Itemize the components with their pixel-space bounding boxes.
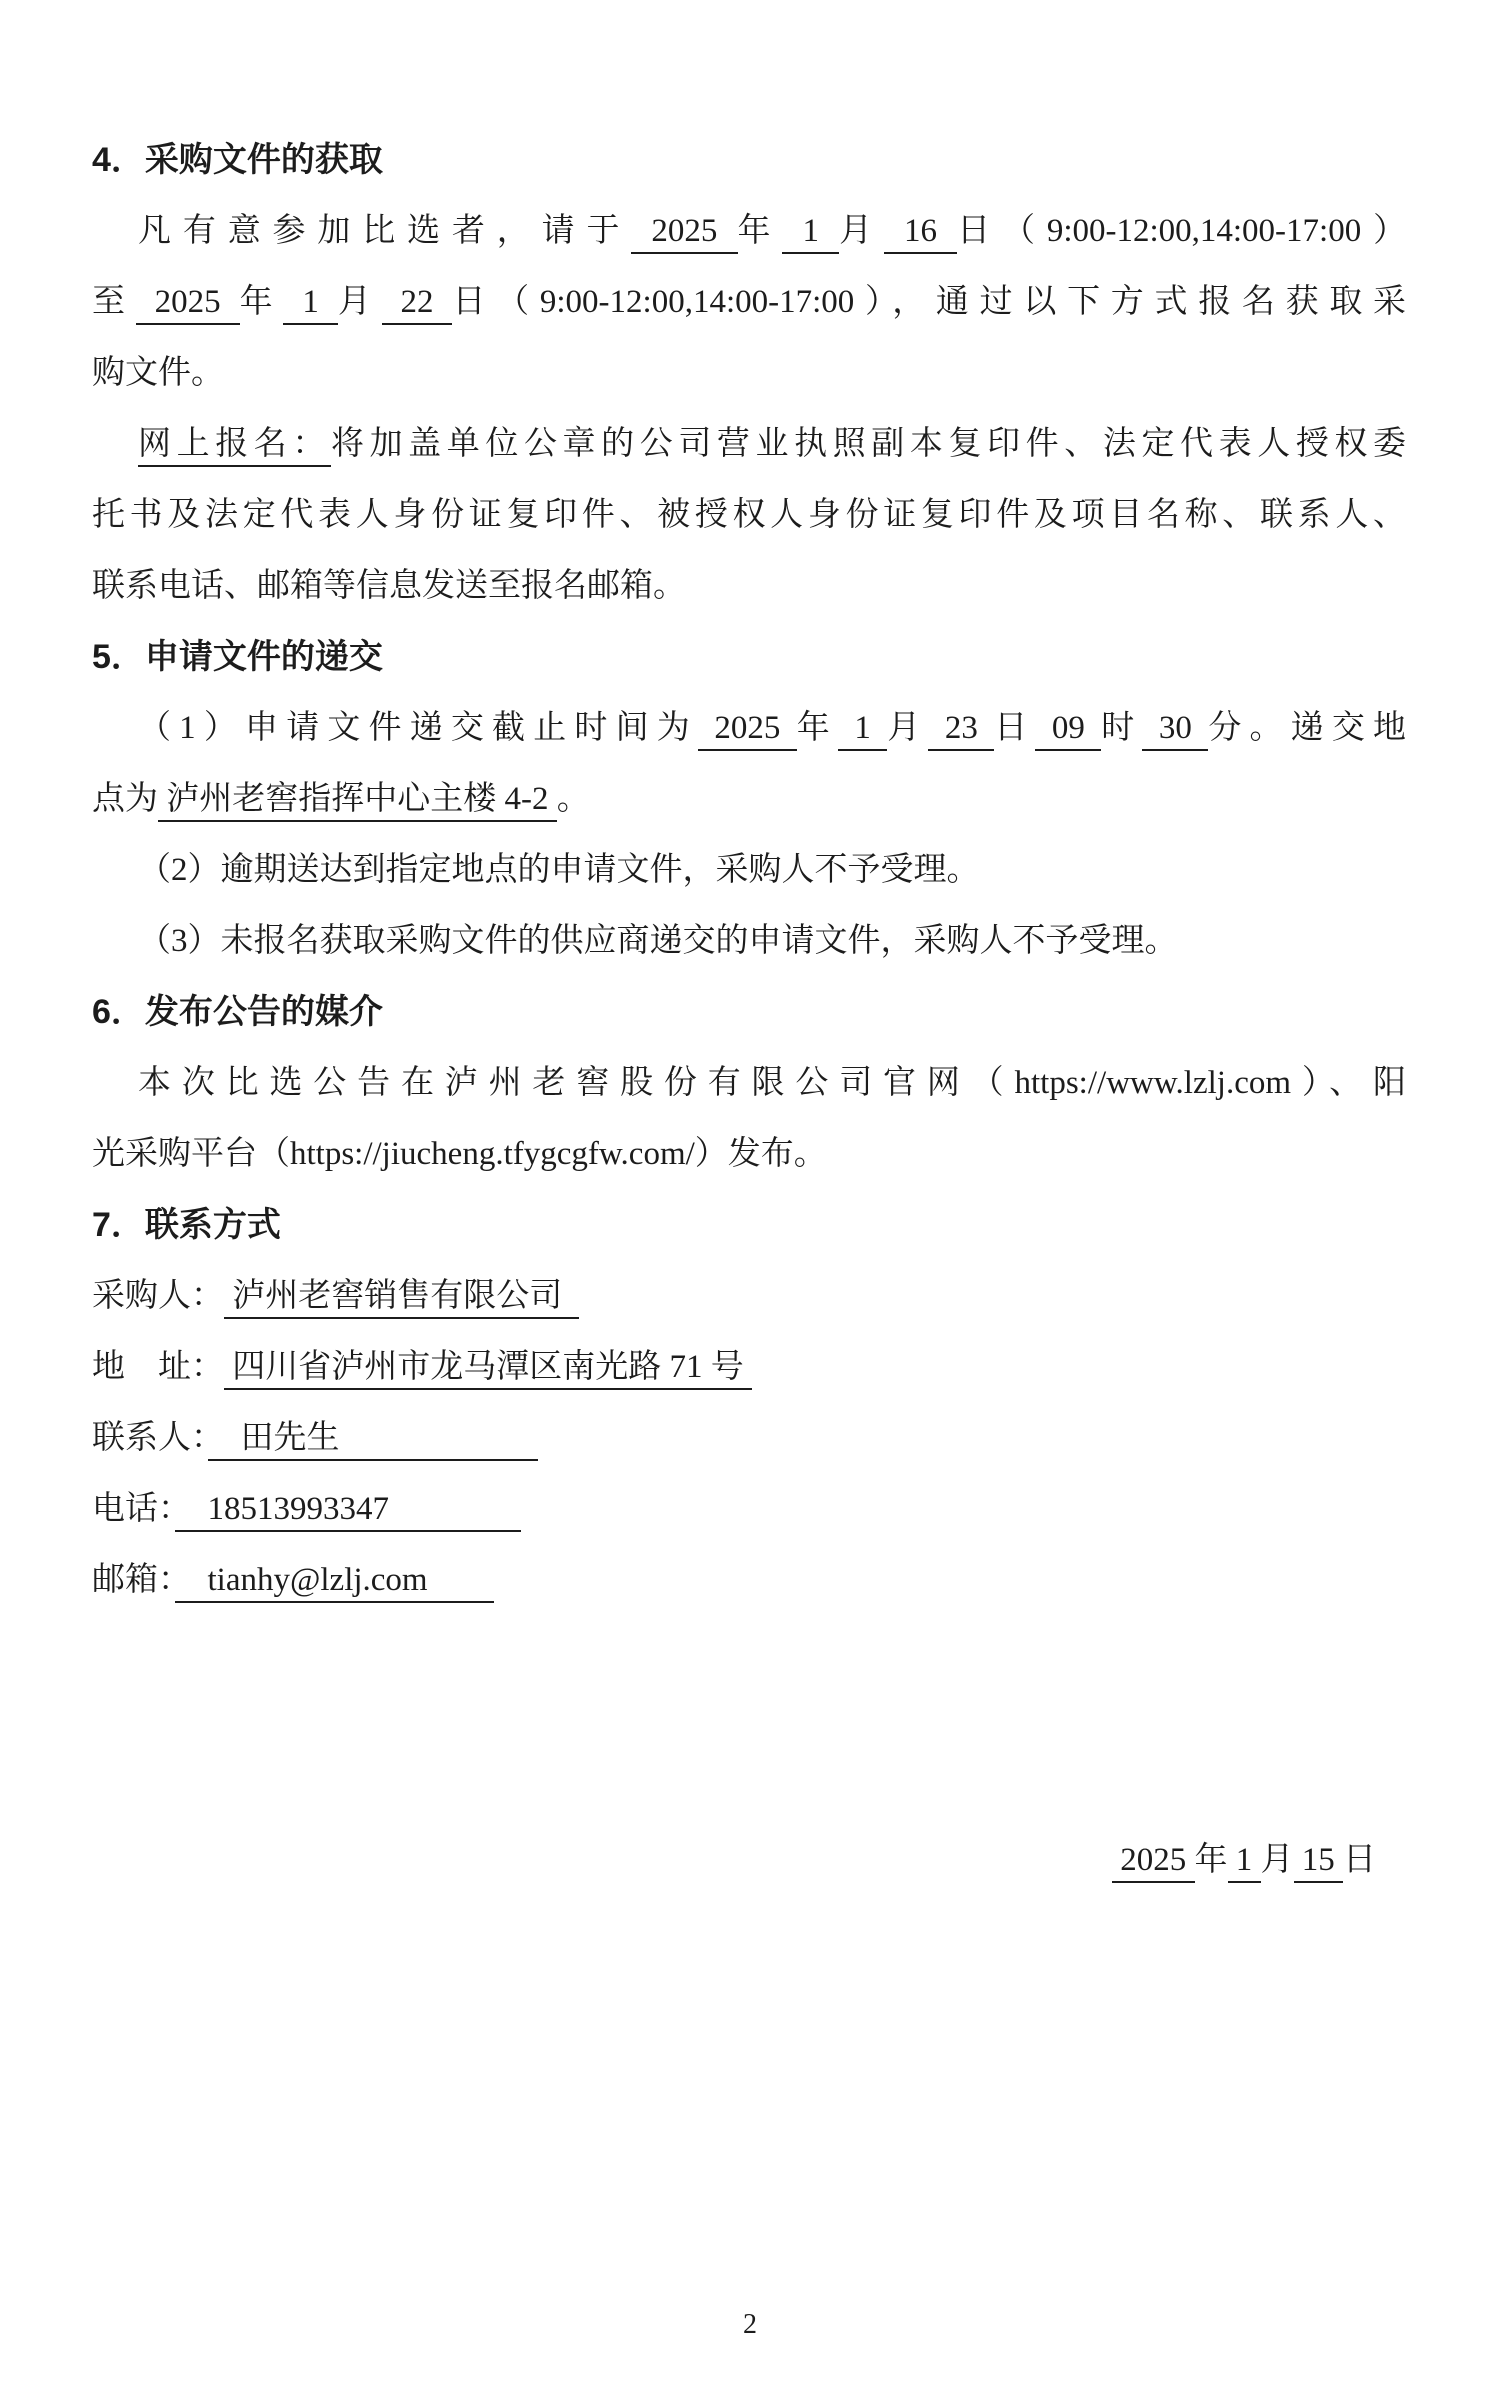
text-run: 光采购平台（https://jiucheng.tfygcgfw.com/）发布。 bbox=[92, 1136, 827, 1172]
para-late-delivery: （2）逾期送达到指定地点的申请文件，采购人不予受理。 bbox=[92, 835, 1406, 906]
document-body: 4．采购文件的获取凡有意参加比选者，请于 2025 年 1 月 16 日（9:0… bbox=[0, 0, 1500, 1896]
text-run: 年 bbox=[240, 284, 284, 320]
text-run: 采购人： bbox=[92, 1278, 224, 1314]
underlined-text: 15 bbox=[1294, 1842, 1344, 1883]
underlined-text: 30 bbox=[1142, 710, 1208, 751]
text-run: 年 bbox=[1195, 1842, 1228, 1878]
text-run: 电话： bbox=[92, 1491, 175, 1527]
text-run: 月 bbox=[839, 213, 884, 249]
text-run: 点为 bbox=[92, 781, 158, 817]
underlined-text: 泸州老窖指挥中心主楼 4-2 bbox=[158, 781, 557, 822]
text-run: （3）未报名获取采购文件的供应商递交的申请文件，采购人不予受理。 bbox=[138, 923, 1178, 959]
para-deadline-line-1: （1）申请文件递交截止时间为 2025 年 1 月 23 日 09 时 30 分… bbox=[92, 693, 1406, 764]
text-run: 购文件。 bbox=[92, 355, 224, 391]
text-run: 6．发布公告的媒介 bbox=[92, 993, 383, 1031]
underlined-text: 1 bbox=[283, 284, 337, 325]
section-5-heading: 5．申请文件的递交 bbox=[92, 622, 1406, 693]
text-run: （2）逾期送达到指定地点的申请文件，采购人不予受理。 bbox=[138, 852, 980, 888]
text-run: 托书及法定代表人身份证复印件、被授权人身份证复印件及项目名称、联系人、 bbox=[92, 497, 1406, 533]
contact-address: 地 址： 四川省泸州市龙马潭区南光路 71 号 bbox=[92, 1332, 1406, 1403]
para-media-line-1: 本次比选公告在泸州老窖股份有限公司官网（https://www.lzlj.com… bbox=[92, 1048, 1406, 1119]
text-run: 5．申请文件的递交 bbox=[92, 638, 383, 676]
para-deadline-line-2: 点为 泸州老窖指挥中心主楼 4-2 。 bbox=[92, 764, 1406, 835]
section-7-heading: 7．联系方式 bbox=[92, 1190, 1406, 1261]
text-run: 4．采购文件的获取 bbox=[92, 141, 383, 179]
document-page: 4．采购文件的获取凡有意参加比选者，请于 2025 年 1 月 16 日（9:0… bbox=[0, 0, 1500, 2389]
para-obtain-line-3: 购文件。 bbox=[92, 338, 1406, 409]
page-number: 2 bbox=[0, 2309, 1500, 2341]
underlined-text: 泸州老窖销售有限公司 bbox=[224, 1278, 579, 1319]
section-4-heading: 4．采购文件的获取 bbox=[92, 125, 1406, 196]
text-run: 日 bbox=[994, 710, 1035, 746]
text-run: 联系电话、邮箱等信息发送至报名邮箱。 bbox=[92, 568, 686, 604]
text-run: （1）申请文件递交截止时间为 bbox=[138, 710, 698, 746]
text-run: 至 bbox=[92, 284, 136, 320]
section-6-heading: 6．发布公告的媒介 bbox=[92, 977, 1406, 1048]
para-media-line-2: 光采购平台（https://jiucheng.tfygcgfw.com/）发布。 bbox=[92, 1119, 1406, 1190]
underlined-text: 2025 bbox=[1112, 1842, 1195, 1883]
underlined-text: 23 bbox=[928, 710, 994, 751]
para-unregistered: （3）未报名获取采购文件的供应商递交的申请文件，采购人不予受理。 bbox=[92, 906, 1406, 977]
text-run: 年 bbox=[797, 710, 838, 746]
underlined-text: 09 bbox=[1035, 710, 1101, 751]
date-line: 2025 年 1 月 15 日 bbox=[92, 1825, 1406, 1896]
underlined-text: 1 bbox=[1228, 1842, 1261, 1883]
underlined-text: 2025 bbox=[698, 710, 797, 751]
para-signup-line-1: 网上报名：将加盖单位公章的公司营业执照副本复印件、法定代表人授权委 bbox=[92, 409, 1406, 480]
text-run: 将加盖单位公章的公司营业执照副本复印件、法定代表人授权委 bbox=[331, 426, 1406, 462]
underlined-text: 网上报名： bbox=[138, 426, 331, 467]
text-run: 地 址： bbox=[92, 1349, 224, 1385]
contact-phone: 电话： 18513993347 bbox=[92, 1474, 1406, 1545]
underlined-text: 16 bbox=[884, 213, 957, 254]
underlined-text: 四川省泸州市龙马潭区南光路 71 号 bbox=[224, 1349, 752, 1390]
contact-email: 邮箱： tianhy@lzlj.com bbox=[92, 1545, 1406, 1616]
underlined-text: 1 bbox=[782, 213, 839, 254]
underlined-text: 18513993347 bbox=[175, 1491, 522, 1532]
text-run: 7．联系方式 bbox=[92, 1206, 281, 1244]
para-signup-line-3: 联系电话、邮箱等信息发送至报名邮箱。 bbox=[92, 551, 1406, 622]
text-run: 。 bbox=[557, 781, 590, 817]
underlined-text: 2025 bbox=[136, 284, 240, 325]
text-run: 月 bbox=[338, 284, 382, 320]
spacer bbox=[92, 1616, 1406, 1825]
text-run: 联系人： bbox=[92, 1420, 208, 1456]
text-run: 本次比选公告在泸州老窖股份有限公司官网（https://www.lzlj.com… bbox=[138, 1065, 1406, 1101]
text-run: 日（9:00-12:00,14:00-17:00） bbox=[957, 213, 1406, 249]
text-run: 邮箱： bbox=[92, 1562, 175, 1598]
underlined-text: 1 bbox=[838, 710, 887, 751]
text-run: 分。递交地 bbox=[1208, 710, 1406, 746]
text-run: 日（9:00-12:00,14:00-17:00），通过以下方式报名获取采 bbox=[452, 284, 1406, 320]
para-obtain-line-2: 至 2025 年 1 月 22 日（9:00-12:00,14:00-17:00… bbox=[92, 267, 1406, 338]
underlined-text: 田先生 bbox=[208, 1420, 538, 1461]
text-run: 时 bbox=[1101, 710, 1142, 746]
contact-person: 联系人： 田先生 bbox=[92, 1403, 1406, 1474]
text-run: 月 bbox=[1261, 1842, 1294, 1878]
para-signup-line-2: 托书及法定代表人身份证复印件、被授权人身份证复印件及项目名称、联系人、 bbox=[92, 480, 1406, 551]
underlined-text: tianhy@lzlj.com bbox=[175, 1562, 494, 1603]
contact-purchaser: 采购人： 泸州老窖销售有限公司 bbox=[92, 1261, 1406, 1332]
text-run: 日 bbox=[1343, 1842, 1376, 1878]
text-run: 凡有意参加比选者，请于 bbox=[138, 213, 631, 249]
text-run: 月 bbox=[887, 710, 928, 746]
underlined-text: 22 bbox=[382, 284, 453, 325]
para-obtain-line-1: 凡有意参加比选者，请于 2025 年 1 月 16 日（9:00-12:00,1… bbox=[92, 196, 1406, 267]
text-run: 年 bbox=[738, 213, 783, 249]
underlined-text: 2025 bbox=[631, 213, 737, 254]
